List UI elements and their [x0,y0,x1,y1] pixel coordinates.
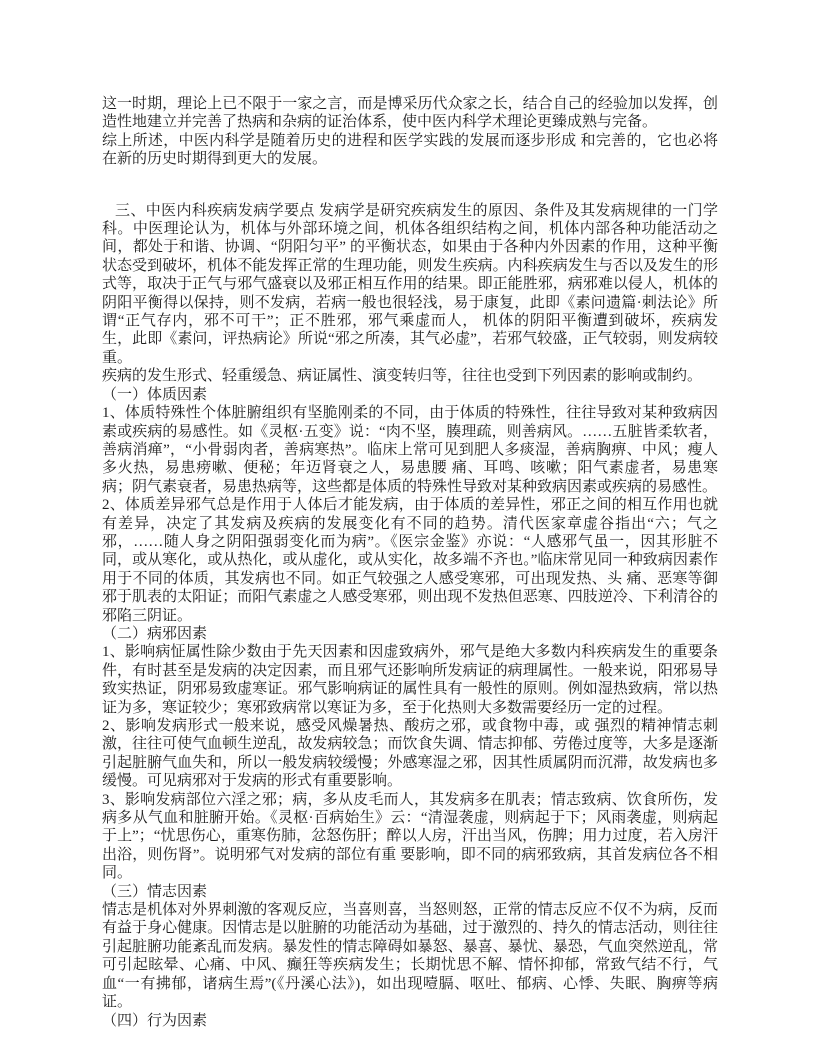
paragraph-conclusion: 综上所述，中医内科学是随着历史的进程和医学实践的发展而逐步形成 和完善的，它也必… [102,132,718,169]
paragraph-onset-form: 2、影响发病形式一般来说，感受风燥暑热、酸疠之邪，或食物中毒，或 强烈的精神情志… [102,717,718,791]
subheading-emotion-factor: （三）情志因素 [102,883,718,901]
document-page: 这一时期，理论上已不限于一家之言，而是博采历代众家之长，结合自己的经验加以发挥，… [0,0,816,1056]
document-text-block: 这一时期，理论上已不限于一家之言，而是博采历代众家之长，结合自己的经验加以发挥，… [102,95,718,1030]
paragraph-constitution-specificity: 1、体质特殊性个体脏腑组织有坚脆刚柔的不同，由于体质的特殊性，往往导致对某种致病… [102,404,718,496]
subheading-constitution-factor: （一）体质因素 [102,386,718,404]
section-three-onset-theory-paragraph: 三、中医内科疾病发病学要点 发病学是研究疾病发生的原因、条件及其发病规律的一门学… [102,202,718,368]
paragraph-history-summary: 这一时期，理论上已不限于一家之言，而是博采历代众家之长，结合自己的经验加以发挥，… [102,95,718,132]
paragraph-constitution-difference: 2、体质差异邪气总是作用于人体后才能发病，由于体质的差异性，邪正之间的相互作用也… [102,496,718,625]
paragraph-factors-intro: 疾病的发生形式、轻重缓急、病证属性、演变转归等，往往也受到下列因素的影响或制约。 [102,367,718,385]
paragraph-emotion: 情志是机体对外界刺激的客观反应，当喜则喜，当怒则怒，正常的情志反应不仅不为病，反… [102,901,718,1011]
paragraph-onset-location: 3、影响发病部位六淫之邪；病，多从皮毛而人，其发病多在肌表；情志致病、饮食所伤，… [102,791,718,883]
subheading-pathogen-factor: （二）病邪因素 [102,625,718,643]
document-canvas: { "page": { "background": "#ffffff", "te… [0,0,816,1056]
paragraph-pathogen-property: 1、影响病怔属性除少数由于先天因素和因虚致病外，邪气是绝大多数内科疾病发生的重要… [102,643,718,717]
subheading-behavior-factor: （四）行为因素 [102,1012,718,1030]
